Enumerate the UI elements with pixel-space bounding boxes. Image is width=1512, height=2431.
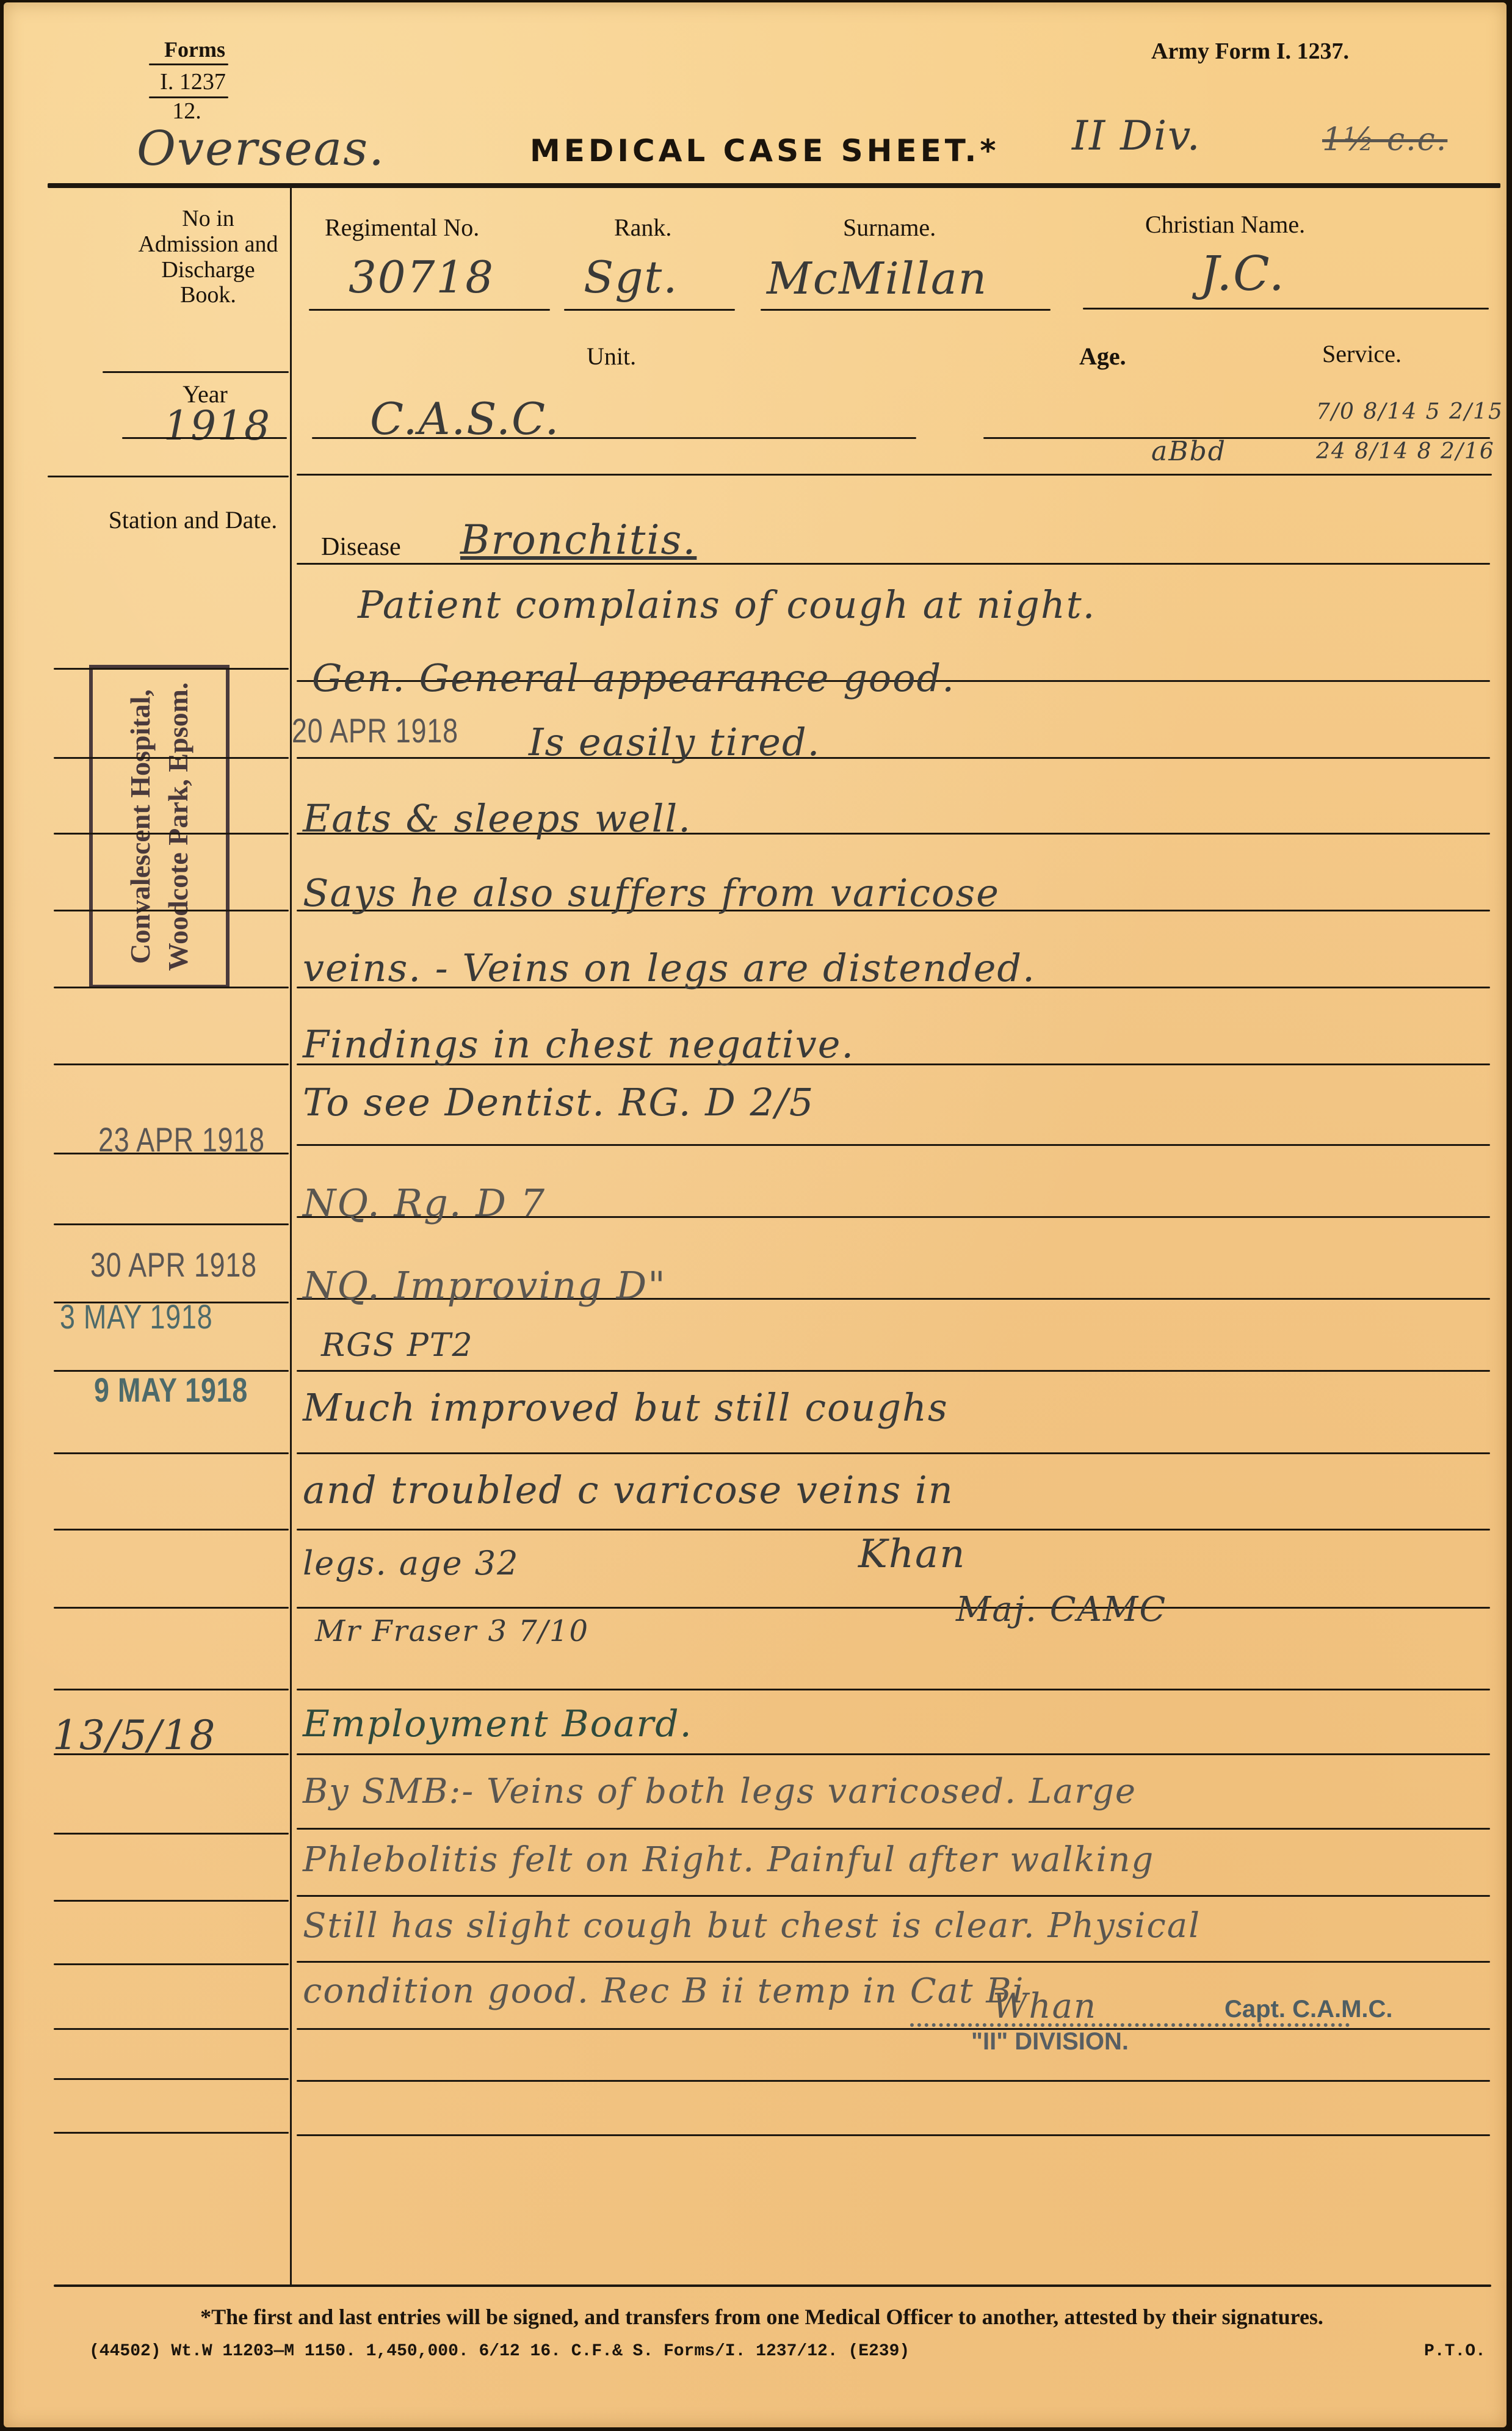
note-line: Patient complains of cough at night. bbox=[358, 582, 1096, 627]
body-rule bbox=[54, 833, 289, 835]
body-rule bbox=[54, 1833, 289, 1835]
rank-label: Rank. bbox=[614, 213, 671, 242]
body-rule bbox=[297, 1961, 1490, 1963]
note-line: veins. - Veins on legs are distended. bbox=[303, 946, 1036, 990]
note-line: Gen. General appearance good. bbox=[312, 656, 955, 700]
date-stamp: 20 APR 1918 bbox=[292, 711, 458, 750]
christian-name-value[interactable]: J.C. bbox=[1200, 247, 1286, 302]
body-rule bbox=[297, 1144, 1490, 1146]
surname-value[interactable]: McMillan bbox=[767, 253, 988, 304]
body-rule bbox=[54, 1063, 289, 1065]
page-title: MEDICAL CASE SHEET.* bbox=[530, 133, 999, 168]
body-rule bbox=[297, 1753, 1490, 1755]
body-rule bbox=[54, 1689, 289, 1690]
body-rule bbox=[54, 2132, 289, 2134]
body-rule bbox=[54, 910, 289, 911]
service-label: Service. bbox=[1322, 339, 1402, 368]
body-rule bbox=[297, 2028, 1490, 2030]
note-line: Still has slight cough but chest is clea… bbox=[303, 1906, 1201, 1946]
note-line: Findings in chest negative. bbox=[303, 1022, 855, 1067]
date-handwritten: 13/5/18 bbox=[52, 1712, 216, 1759]
field-underline bbox=[761, 309, 1051, 311]
note-line: condition good. Rec B ii temp in Cat Bi bbox=[303, 1971, 1024, 2011]
note-line: NQ. Rg. D 7 bbox=[303, 1181, 546, 1225]
body-rule bbox=[54, 1529, 289, 1531]
field-underline bbox=[983, 437, 1490, 439]
rank-value[interactable]: Sgt. bbox=[584, 252, 678, 303]
note-line: By SMB:- Veins of both legs varicosed. L… bbox=[303, 1772, 1137, 1811]
note-line: Much improved but still coughs bbox=[303, 1385, 949, 1430]
note-line: Says he also suffers from varicose bbox=[303, 871, 1000, 915]
disease-label: Disease bbox=[321, 532, 401, 562]
footer-note: *The first and last entries will be sign… bbox=[60, 2304, 1464, 2330]
note-line: and troubled c varicose veins in bbox=[303, 1468, 954, 1512]
header-rule bbox=[48, 183, 1500, 188]
body-rule bbox=[54, 1452, 289, 1454]
note-line: Phlebolitis felt on Right. Painful after… bbox=[303, 1840, 1154, 1880]
date-stamp: 3 MAY 1918 bbox=[60, 1297, 212, 1336]
field-underline bbox=[1083, 308, 1489, 310]
signature-dotted-line bbox=[910, 2023, 1350, 2027]
overseas-note: Overseas. bbox=[137, 121, 385, 176]
service-note: aBbd bbox=[1151, 436, 1226, 467]
note-line: Eats & sleeps well. bbox=[303, 796, 692, 841]
hospital-stamp: Convalescent Hospital, Woodcote Park, Ep… bbox=[89, 665, 230, 988]
date-stamp: 23 APR 1918 bbox=[98, 1120, 265, 1159]
date-stamp: 30 APR 1918 bbox=[90, 1245, 257, 1284]
note-line: legs. age 32 bbox=[303, 1544, 519, 1582]
service-line-1: 7/0 8/14 5 2/15 bbox=[1316, 399, 1503, 424]
unit-label: Unit. bbox=[587, 342, 636, 371]
signature-2: Whan bbox=[993, 1987, 1097, 2026]
forms-label: Forms bbox=[149, 38, 241, 62]
forms-sub: 12. bbox=[150, 99, 223, 125]
field-underline bbox=[309, 309, 550, 311]
body-rule bbox=[54, 1607, 289, 1609]
christian-name-label: Christian Name. bbox=[1145, 210, 1305, 239]
age-label: Age. bbox=[1079, 342, 1126, 371]
station-date-label: Station and Date. bbox=[101, 507, 284, 534]
stamp-line-1: Convalescent Hospital, bbox=[121, 683, 159, 971]
note-line: RGS PT2 bbox=[321, 1327, 474, 1364]
footer-pto: P.T.O. bbox=[1424, 2342, 1486, 2361]
signature-2-title: Capt. C.A.M.C. bbox=[1224, 1996, 1393, 2023]
regimental-no-value[interactable]: 30718 bbox=[349, 252, 494, 303]
body-rule bbox=[297, 2080, 1490, 2082]
date-stamp: 9 MAY 1918 bbox=[94, 1370, 248, 1410]
body-rule bbox=[297, 1607, 1490, 1609]
body-rule bbox=[297, 2134, 1490, 2136]
surname-label: Surname. bbox=[843, 213, 936, 242]
left-rule bbox=[48, 476, 289, 477]
note-line: Employment Board. bbox=[303, 1703, 693, 1745]
regimental-no-label: Regimental No. bbox=[325, 213, 479, 242]
body-rule bbox=[54, 757, 289, 759]
year-value: 1918 bbox=[164, 402, 271, 449]
field-underline bbox=[297, 474, 1492, 476]
body-rule bbox=[54, 1900, 289, 1902]
forms-divider bbox=[149, 63, 228, 65]
left-rule bbox=[122, 437, 287, 439]
body-rule bbox=[297, 1689, 1490, 1690]
division-note: II Div. bbox=[1072, 112, 1201, 159]
column-divider bbox=[290, 186, 292, 2286]
division-stamp: "II" DIVISION. bbox=[971, 2028, 1129, 2056]
signature-1-title: Maj. CAMC bbox=[956, 1590, 1167, 1629]
note-line: To see Dentist. RG. D 2/5 bbox=[303, 1080, 814, 1125]
signature-1: Khan bbox=[858, 1532, 966, 1577]
body-rule bbox=[297, 1828, 1490, 1830]
struck-note: 1½ c.c. bbox=[1322, 121, 1447, 158]
body-rule bbox=[297, 1370, 1490, 1372]
body-rule bbox=[54, 987, 289, 988]
body-rule bbox=[297, 1895, 1490, 1897]
body-rule bbox=[297, 1452, 1490, 1454]
forms-number: I. 1237 bbox=[144, 70, 242, 95]
body-rule bbox=[297, 757, 1490, 759]
body-rule-bottom bbox=[54, 2284, 1491, 2287]
field-underline bbox=[312, 437, 916, 439]
note-line: Is easily tired. bbox=[529, 720, 820, 764]
stamp-line-2: Woodcote Park, Epsom. bbox=[159, 683, 197, 971]
body-rule bbox=[54, 2078, 289, 2080]
body-rule bbox=[54, 2028, 289, 2030]
medical-case-sheet: Forms I. 1237 12. Army Form I. 1237. Ove… bbox=[4, 2, 1507, 2427]
admission-book-label: No in Admission and Discharge Book. bbox=[138, 206, 278, 308]
body-rule bbox=[297, 563, 1490, 565]
army-form-number: Army Form I. 1237. bbox=[1151, 38, 1349, 65]
note-line: NQ. Improving D" bbox=[303, 1263, 667, 1308]
body-rule bbox=[54, 1223, 289, 1225]
body-rule bbox=[54, 1963, 289, 1965]
field-underline bbox=[564, 309, 735, 311]
service-line-2: 24 8/14 8 2/16 bbox=[1316, 439, 1495, 464]
body-rule bbox=[54, 668, 289, 670]
note-line: Mr Fraser 3 7/10 bbox=[315, 1614, 589, 1648]
body-rule bbox=[297, 1529, 1490, 1531]
disease-value[interactable]: Bronchitis. bbox=[460, 516, 696, 563]
footer-print-info: (44502) Wt.W 11203—M 1150. 1,450,000. 6/… bbox=[89, 2342, 910, 2361]
left-rule bbox=[103, 371, 289, 373]
